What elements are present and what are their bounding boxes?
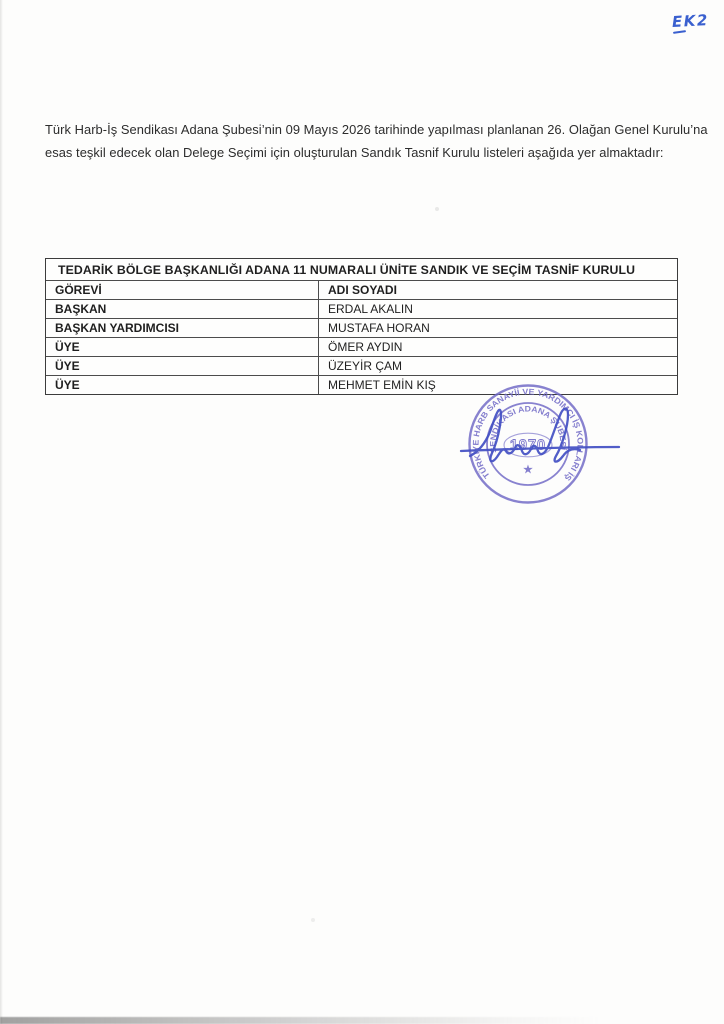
intro-paragraph: Türk Harb-İş Sendikası Adana Şubesi’nin …: [45, 119, 708, 164]
intro-line-1: Türk Harb-İş Sendikası Adana Şubesi’nin …: [45, 119, 708, 142]
column-header-gorevi: GÖREVİ: [46, 281, 319, 299]
table-row: ÜYE ÜZEYİR ÇAM: [46, 356, 677, 375]
name-cell: ÖMER AYDIN: [319, 338, 677, 356]
intro-line-2: esas teşkil edecek olan Delege Seçimi iç…: [45, 142, 708, 165]
table-row: BAŞKAN YARDIMCISI MUSTAFA HORAN: [46, 318, 677, 337]
role-cell: ÜYE: [46, 338, 319, 356]
annotation-underline: [673, 30, 686, 34]
signature: [440, 398, 640, 473]
name-cell: ÜZEYİR ÇAM: [319, 357, 677, 375]
scan-edge-bottom: [0, 1017, 600, 1024]
table-row: BAŞKAN ERDAL AKALIN: [46, 299, 677, 318]
role-cell: ÜYE: [46, 357, 319, 375]
name-cell: ERDAL AKALIN: [319, 300, 677, 318]
column-header-adi-soyadi: ADI SOYADI: [319, 281, 677, 299]
signature-underline: [461, 447, 619, 451]
table-title: TEDARİK BÖLGE BAŞKANLIĞI ADANA 11 NUMARA…: [46, 259, 677, 280]
handwritten-annotation-ek2: EK2: [672, 11, 710, 31]
table-row: ÜYE ÖMER AYDIN: [46, 337, 677, 356]
name-cell: MUSTAFA HORAN: [319, 319, 677, 337]
scan-edge-left: [0, 0, 3, 1024]
role-cell: BAŞKAN YARDIMCISI: [46, 319, 319, 337]
table-header-row: GÖREVİ ADI SOYADI: [46, 280, 677, 299]
role-cell: ÜYE: [46, 376, 319, 394]
scan-speck: [435, 207, 439, 211]
role-cell: BAŞKAN: [46, 300, 319, 318]
scanned-document-page: EK2 Türk Harb-İş Sendikası Adana Şubesi’…: [0, 0, 724, 1024]
signature-scribble: [470, 409, 580, 462]
scan-speck: [311, 918, 315, 922]
